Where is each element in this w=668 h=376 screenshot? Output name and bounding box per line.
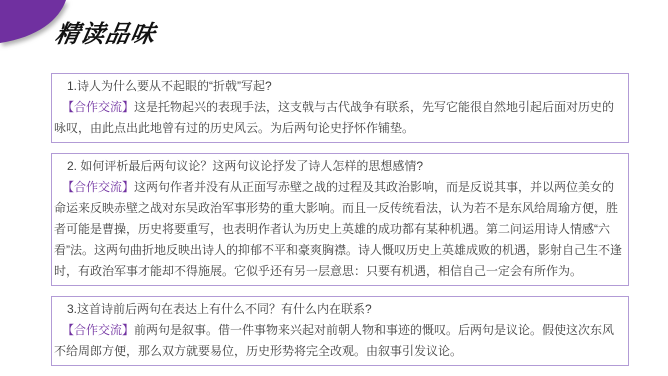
question-2-text: 2. 如何评析最后两句议论？这两句议论抒发了诗人怎样的思想感情? (54, 156, 622, 177)
answer-3-text: 【合作交流】前两句是叙事。借一件事物来兴起对前朝人物和事迹的慨叹。后两句是议论。… (54, 320, 622, 362)
answer-3-body: 前两句是叙事。借一件事物来兴起对前朝人物和事迹的慨叹。后两句是议论。假使这次东风… (54, 323, 614, 358)
answer-1-text: 【合作交流】这是托物起兴的表现手法，这支戟与古代战争有联系，先写它能很自然地引起… (54, 97, 622, 139)
page-title: 精读品味 (53, 14, 159, 49)
answer-2-text: 【合作交流】这两句作者并没有从正面写赤壁之战的过程及其政治影响，而是反说其事，并… (54, 177, 622, 282)
qa-box-1: 1.诗人为什么要从不起眼的“折戟”写起? 【合作交流】这是托物起兴的表现手法，这… (51, 73, 629, 143)
answer-1-label: 【合作交流】 (62, 100, 134, 114)
presentation-slide: 精读品味 1.诗人为什么要从不起眼的“折戟”写起? 【合作交流】这是托物起兴的表… (0, 0, 668, 376)
answer-2-label: 【合作交流】 (62, 180, 134, 194)
qa-section: 1.诗人为什么要从不起眼的“折戟”写起? 【合作交流】这是托物起兴的表现手法，这… (51, 73, 629, 376)
question-1-text: 1.诗人为什么要从不起眼的“折戟”写起? (54, 76, 622, 97)
answer-3-label: 【合作交流】 (62, 323, 134, 337)
question-3-text: 3.这首诗前后两句在表达上有什么不同？有什么内在联系? (54, 299, 622, 320)
answer-1-body: 这是托物起兴的表现手法，这支戟与古代战争有联系，先写它能很自然地引起后面对历史的… (54, 100, 614, 135)
qa-box-3: 3.这首诗前后两句在表达上有什么不同？有什么内在联系? 【合作交流】前两句是叙事… (51, 296, 629, 366)
qa-box-2: 2. 如何评析最后两句议论？这两句议论抒发了诗人怎样的思想感情? 【合作交流】这… (51, 153, 629, 286)
answer-2-body: 这两句作者并没有从正面写赤壁之战的过程及其政治影响，而是反说其事，并以两位美女的… (54, 180, 622, 278)
